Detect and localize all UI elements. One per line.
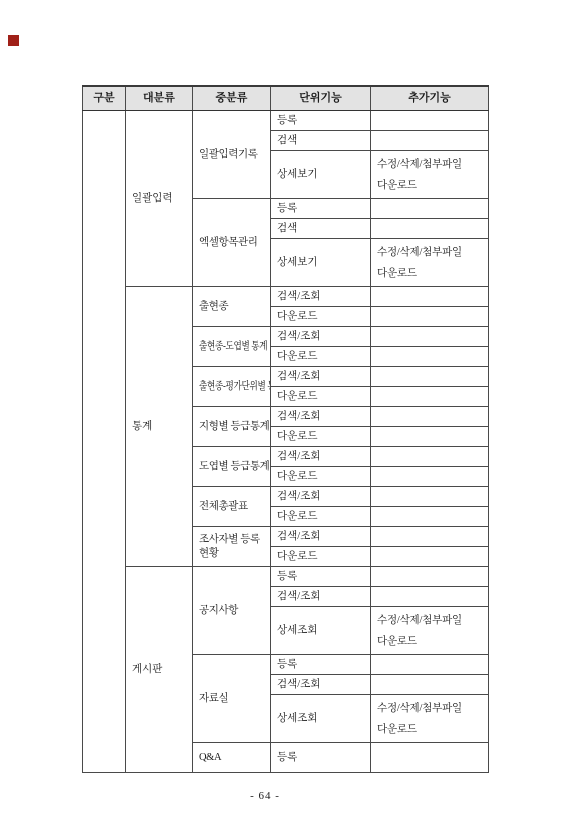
cell-unit-function: 다운로드 [271,427,371,447]
cell-extra-function [371,487,489,507]
cell-extra-function [371,327,489,347]
cell-unit-function: 검색 [271,131,371,151]
extra-function-line: 수정/삭제/첨부파일 [377,698,488,719]
cell-unit-function: 검색/조회 [271,367,371,387]
function-spec-table: 구분 대분류 중분류 단위기능 추가기능 일괄입력일괄입력기록등록검색상세보기수… [82,85,489,773]
cell-unit-function: 다운로드 [271,547,371,567]
cell-extra-function [371,675,489,695]
cell-unit-function: 검색/조회 [271,527,371,547]
subcategory-label: 조사자별 등록 현황 [199,534,260,558]
cell-subcategory: 공지사항 [193,567,271,655]
cell-unit-function: 검색/조회 [271,327,371,347]
cell-unit-function: 등록 [271,743,371,773]
cell-extra-function [371,507,489,527]
cell-extra-function [371,287,489,307]
cell-extra-function [371,387,489,407]
cell-gubun [83,111,126,773]
cell-category: 일괄입력 [126,111,193,287]
cell-extra-function [371,447,489,467]
subcategory-label: 전체총괄표 [199,501,248,512]
subcategory-label: 출현종-도엽별 통계 [199,340,267,353]
header-gubun: 구분 [83,86,126,111]
cell-unit-function: 다운로드 [271,307,371,327]
cell-unit-function: 다운로드 [271,467,371,487]
extra-function-line: 수정/삭제/첨부파일 [377,154,488,175]
subcategory-label: 일괄입력기록 [199,149,257,160]
cell-extra-function [371,655,489,675]
cell-category: 통계 [126,287,193,567]
cell-unit-function: 등록 [271,199,371,219]
cell-subcategory: 출현종 [193,287,271,327]
cell-extra-function [371,199,489,219]
extra-function-line: 다운로드 [377,631,488,652]
cell-extra-function [371,367,489,387]
cell-subcategory: 자료실 [193,655,271,743]
document-page: 구분 대분류 중분류 단위기능 추가기능 일괄입력일괄입력기록등록검색상세보기수… [0,0,564,840]
cell-subcategory: Q&A [193,743,271,773]
cell-extra-function: 수정/삭제/첨부파일다운로드 [371,607,489,655]
cell-subcategory: 출현종-도엽별 통계 [193,327,271,367]
subcategory-label: 출현종 [199,301,228,312]
extra-function-line: 다운로드 [377,175,488,196]
cell-subcategory: 도엽별 등급통계 [193,447,271,487]
header-extra-function: 추가기능 [371,86,489,111]
subcategory-label: 출현종-평가단위별 통계 [199,380,271,393]
cell-unit-function: 등록 [271,567,371,587]
cell-extra-function [371,131,489,151]
table-header-row: 구분 대분류 중분류 단위기능 추가기능 [83,86,489,111]
cell-extra-function: 수정/삭제/첨부파일다운로드 [371,151,489,199]
subcategory-label: 도엽별 등급통계 [199,461,269,472]
header-subcategory: 중분류 [193,86,271,111]
cell-unit-function: 상세조회 [271,695,371,743]
cell-unit-function: 등록 [271,655,371,675]
subcategory-label: Q&A [199,752,221,763]
red-square-marker [8,35,19,46]
cell-unit-function: 다운로드 [271,507,371,527]
cell-subcategory: 조사자별 등록 현황 [193,527,271,567]
extra-function-line: 다운로드 [377,263,488,284]
cell-extra-function [371,347,489,367]
cell-unit-function: 다운로드 [271,347,371,367]
cell-extra-function [371,527,489,547]
cell-extra-function [371,547,489,567]
cell-extra-function [371,219,489,239]
cell-unit-function: 검색 [271,219,371,239]
cell-unit-function: 검색/조회 [271,407,371,427]
cell-subcategory: 전체총괄표 [193,487,271,527]
subcategory-label: 엑셀항목관리 [199,237,257,248]
cell-extra-function [371,307,489,327]
cell-extra-function: 수정/삭제/첨부파일다운로드 [371,695,489,743]
cell-subcategory: 출현종-평가단위별 통계 [193,367,271,407]
cell-extra-function [371,427,489,447]
cell-subcategory: 엑셀항목관리 [193,199,271,287]
cell-category: 게시판 [126,567,193,773]
extra-function-line: 수정/삭제/첨부파일 [377,610,488,631]
cell-unit-function: 검색/조회 [271,587,371,607]
cell-extra-function [371,587,489,607]
subcategory-label: 자료실 [199,693,228,704]
cell-unit-function: 상세보기 [271,239,371,287]
extra-function-line: 수정/삭제/첨부파일 [377,242,488,263]
cell-unit-function: 상세조회 [271,607,371,655]
subcategory-label: 지형별 등급통계 [199,421,269,432]
cell-unit-function: 상세보기 [271,151,371,199]
cell-extra-function [371,111,489,131]
cell-unit-function: 검색/조회 [271,487,371,507]
cell-extra-function: 수정/삭제/첨부파일다운로드 [371,239,489,287]
cell-subcategory: 일괄입력기록 [193,111,271,199]
cell-unit-function: 검색/조회 [271,675,371,695]
table-body: 일괄입력일괄입력기록등록검색상세보기수정/삭제/첨부파일다운로드엑셀항목관리등록… [83,111,489,773]
cell-unit-function: 검색/조회 [271,287,371,307]
subcategory-label: 공지사항 [199,605,238,616]
cell-subcategory: 지형별 등급통계 [193,407,271,447]
cell-unit-function: 등록 [271,111,371,131]
header-unit-function: 단위기능 [271,86,371,111]
cell-extra-function [371,567,489,587]
cell-extra-function [371,743,489,773]
table-row: 통계출현종검색/조회 [83,287,489,307]
cell-unit-function: 다운로드 [271,387,371,407]
cell-unit-function: 검색/조회 [271,447,371,467]
extra-function-line: 다운로드 [377,719,488,740]
cell-extra-function [371,407,489,427]
table-row: 게시판공지사항등록 [83,567,489,587]
header-category: 대분류 [126,86,193,111]
page-number: - 64 - [0,790,530,802]
table-row: 일괄입력일괄입력기록등록 [83,111,489,131]
cell-extra-function [371,467,489,487]
